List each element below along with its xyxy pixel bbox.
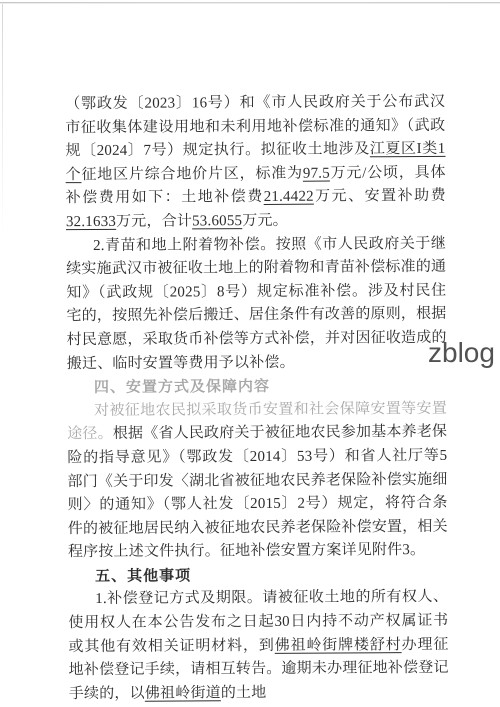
text-segment: 97.5: [303, 165, 330, 181]
scan-top-edge-shadow: [0, 3, 500, 4]
text-segment: 根据《省人民政府关于被征地农民参加基本养老保险的指导意见》（鄂政发〔2014〕5…: [67, 424, 448, 560]
scanned-document-page: （鄂政发〔2023〕16号）和《市人民政府关于公布武汉市征收集体建设用地和未利用…: [0, 0, 500, 707]
text-segment: 32.1633: [66, 214, 116, 230]
scan-left-edge-line: [2, 4, 3, 234]
text-segment: 五、其他事项: [95, 567, 191, 585]
text-segment: 万元，合计: [116, 213, 192, 229]
text-segment: 征地区片综合地价片区，标准为: [81, 165, 303, 182]
text-segment: 万元、安置补助费: [314, 188, 446, 205]
section-heading: 四、安置方式及保障内容: [67, 374, 447, 400]
text-segment: 的土地: [221, 685, 267, 701]
paragraph: 对被征地农民拟采取货币安置和社会保障安置等安置途径。根据《省人民政府关于被征地农…: [67, 398, 448, 565]
text-segment: 21.4422: [264, 189, 314, 205]
text-segment: 四、安置方式及保障内容: [94, 378, 270, 396]
paragraph: 2.青苗和地上附着物补偿。按照《市人民政府关于继续实施武汉市被征收土地上的附着物…: [66, 232, 447, 376]
text-segment: 万元。: [242, 213, 288, 229]
text-segment: 佛祖岭街牌楼舒村: [275, 637, 402, 654]
paragraph: 1.补偿登记方式及期限。请被征收土地的所有权人、使用权人在本公告发布之日起30日…: [68, 586, 449, 706]
paragraph: （鄂政发〔2023〕16号）和《市人民政府关于公布武汉市征收集体建设用地和未利用…: [65, 91, 446, 235]
section-heading: 五、其他事项: [68, 563, 448, 589]
text-segment: 2.青苗和地上附着物补偿。按照《市人民政府关于继续实施武汉市被征收土地上的附着物…: [66, 235, 447, 371]
text-segment: 佛祖岭街道: [145, 685, 221, 701]
text-segment: 53.6055: [192, 213, 242, 229]
document-content: （鄂政发〔2023〕16号）和《市人民政府关于公布武汉市征收集体建设用地和未利用…: [65, 91, 449, 707]
watermark: zblog: [428, 337, 495, 369]
